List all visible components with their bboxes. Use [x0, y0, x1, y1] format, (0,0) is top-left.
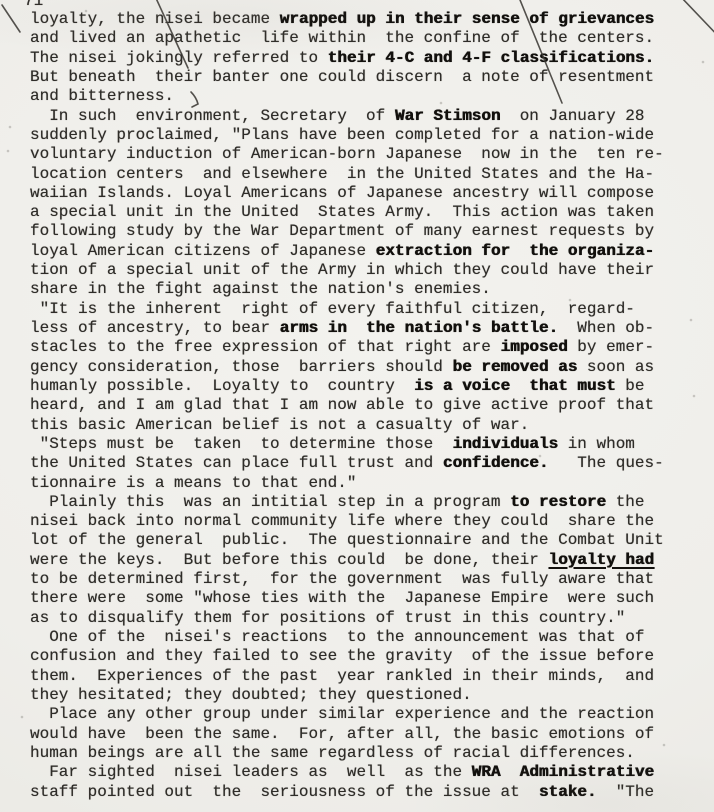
- overstruck-text: WRA Administrative: [472, 763, 654, 781]
- text-line: this basic American belief is not a casu…: [30, 416, 708, 435]
- typewritten-text: "Steps must be taken to determine those: [30, 435, 452, 453]
- typewritten-text: stacles to the free expression of that r…: [30, 338, 500, 356]
- text-line: gency consideration, those barriers shou…: [30, 358, 708, 377]
- typewritten-text: following study by the War Department of…: [30, 222, 654, 240]
- typewritten-text: humanly possible. Loyalty to country: [30, 377, 414, 395]
- typewritten-text: they hesitated; they doubted; they quest…: [30, 686, 472, 704]
- typewritten-text: less of ancestry, to bear: [30, 319, 280, 337]
- typewritten-text: the: [606, 493, 644, 511]
- text-line: nisei back into normal community life wh…: [30, 512, 708, 531]
- overstruck-text: War Stimson: [395, 107, 501, 125]
- text-line: voluntary induction of American-born Jap…: [30, 145, 708, 164]
- text-line: waiian Islands. Loyal Americans of Japan…: [30, 184, 708, 203]
- typewritten-text: would have been the same. For, after all…: [30, 725, 654, 743]
- typewritten-text: to be determined first, for the governme…: [30, 570, 654, 588]
- typewritten-text: suddenly proclaimed, "Plans have been co…: [30, 126, 654, 144]
- text-line: Far sighted nisei leaders as well as the…: [30, 763, 708, 782]
- text-line: staff pointed out the seriousness of the…: [30, 783, 708, 802]
- typewritten-text: The nisei jokingly referred to: [30, 49, 328, 67]
- text-line: heard, and I am glad that I am now able …: [30, 396, 708, 415]
- overstruck-text: imposed: [500, 338, 567, 356]
- text-line: they hesitated; they doubted; they quest…: [30, 686, 708, 705]
- text-line: a special unit in the United States Army…: [30, 203, 708, 222]
- typewritten-text: a special unit in the United States Army…: [30, 203, 654, 221]
- typewritten-text: on January 28: [500, 107, 644, 125]
- text-line: human beings are all the same regardless…: [30, 744, 708, 763]
- typewritten-text: But beneath their banter one could disce…: [30, 68, 654, 86]
- typewritten-text: The ques-: [549, 454, 664, 472]
- text-line: Plainly this was an intitial step in a p…: [30, 493, 708, 512]
- typewritten-text: nisei back into normal community life wh…: [30, 512, 654, 530]
- overstruck-text: their 4-C and 4-F classifications.: [328, 49, 654, 67]
- overstruck-text: stake.: [539, 783, 597, 801]
- typewritten-text: there were some "whose ties with the Jap…: [30, 589, 654, 607]
- typewritten-text: lot of the general public. The questionn…: [30, 531, 664, 549]
- paper-speck: [9, 126, 12, 129]
- paper-speck: [21, 716, 24, 719]
- overstruck-text: is a voice that must: [414, 377, 616, 395]
- text-line: tionnaire is a means to that end.": [30, 474, 708, 493]
- text-line: lot of the general public. The questionn…: [30, 531, 708, 550]
- overstruck-text: confidence.: [443, 454, 549, 472]
- typewritten-text: confusion and they failed to see the gra…: [30, 647, 654, 665]
- text-line: The nisei jokingly referred to their 4-C…: [30, 49, 708, 68]
- typewritten-text: and bitterness.: [30, 87, 174, 105]
- typewritten-text: human beings are all the same regardless…: [30, 744, 635, 762]
- typewritten-text: tionnaire is a means to that end.": [30, 474, 356, 492]
- typewritten-text: In such environment, Secretary of: [30, 107, 395, 125]
- overstruck-text: arms in the nation's battle.: [280, 319, 558, 337]
- text-line: loyal American citizens of Japanese extr…: [30, 242, 708, 261]
- text-line: them. Experiences of the past year rankl…: [30, 667, 708, 686]
- typewritten-text: gency consideration, those barriers shou…: [30, 358, 452, 376]
- text-line: share in the fight against the nation's …: [30, 280, 708, 299]
- typewritten-text: tion of a special unit of the Army in wh…: [30, 261, 654, 279]
- text-line: the United States can place full trust a…: [30, 454, 708, 473]
- typewritten-text: them. Experiences of the past year rankl…: [30, 667, 654, 685]
- text-line: loyalty, the nisei became wrapped up in …: [30, 10, 708, 29]
- text-line: less of ancestry, to bear arms in the na…: [30, 319, 708, 338]
- typewritten-text: by emer-: [568, 338, 654, 356]
- typewritten-text: waiian Islands. Loyal Americans of Japan…: [30, 184, 654, 202]
- typewritten-text: this basic American belief is not a casu…: [30, 416, 529, 434]
- typewritten-text: were the keys. But before this could be …: [30, 551, 548, 569]
- typewritten-text: loyal American citizens of Japanese: [30, 242, 376, 260]
- typewritten-text: soon as: [577, 358, 654, 376]
- typewritten-text: "It is the inherent right of every faith…: [30, 300, 635, 318]
- paper-speck: [7, 150, 10, 153]
- typewritten-text: voluntary induction of American-born Jap…: [30, 145, 664, 163]
- scanned-document-page: 71 loyalty, the nisei became wrapped up …: [0, 0, 714, 812]
- text-line: But beneath their banter one could disce…: [30, 68, 708, 87]
- text-line: as to disqualify them for positions of t…: [30, 609, 708, 628]
- text-line: and bitterness.: [30, 87, 708, 106]
- text-line: to be determined first, for the governme…: [30, 570, 708, 589]
- typewritten-text: location centers and elsewhere in the Un…: [30, 165, 654, 183]
- text-line: following study by the War Department of…: [30, 222, 708, 241]
- typewritten-text: Place any other group under similar expe…: [30, 705, 654, 723]
- pencil-stroke-left-margin: [2, 5, 20, 32]
- text-line: In such environment, Secretary of War St…: [30, 107, 708, 126]
- typewritten-text: staff pointed out the seriousness of the…: [30, 783, 539, 801]
- overstruck-text: to restore: [510, 493, 606, 511]
- text-line: suddenly proclaimed, "Plans have been co…: [30, 126, 708, 145]
- text-line: would have been the same. For, after all…: [30, 725, 708, 744]
- overstruck-text: extraction for the organiza-: [376, 242, 654, 260]
- typewritten-text: Plainly this was an intitial step in a p…: [30, 493, 510, 511]
- typewritten-text: heard, and I am glad that I am now able …: [30, 396, 654, 414]
- typewritten-text: When ob-: [558, 319, 654, 337]
- text-line: confusion and they failed to see the gra…: [30, 647, 708, 666]
- typewritten-text: the United States can place full trust a…: [30, 454, 443, 472]
- typewritten-text: be: [616, 377, 645, 395]
- typewritten-text: "The: [597, 783, 655, 801]
- text-line: Place any other group under similar expe…: [30, 705, 708, 724]
- text-line: One of the nisei's reactions to the anno…: [30, 628, 708, 647]
- text-line: there were some "whose ties with the Jap…: [30, 589, 708, 608]
- text-line: and lived an apathetic life within the c…: [30, 29, 708, 48]
- typewritten-text: loyalty, the nisei became: [30, 10, 280, 28]
- typewritten-text: share in the fight against the nation's …: [30, 280, 491, 298]
- text-line: stacles to the free expression of that r…: [30, 338, 708, 357]
- typewritten-text: Far sighted nisei leaders as well as the: [30, 763, 472, 781]
- text-line: humanly possible. Loyalty to country is …: [30, 377, 708, 396]
- text-line: were the keys. But before this could be …: [30, 551, 708, 570]
- text-line: tion of a special unit of the Army in wh…: [30, 261, 708, 280]
- typewritten-text: as to disqualify them for positions of t…: [30, 609, 625, 627]
- text-line: "It is the inherent right of every faith…: [30, 300, 708, 319]
- overstruck-text: loyalty had: [548, 551, 654, 569]
- overstruck-text: be removed as: [452, 358, 577, 376]
- typewritten-text: and lived an apathetic life within the c…: [30, 29, 654, 47]
- text-line: location centers and elsewhere in the Un…: [30, 165, 708, 184]
- typewritten-text: in whom: [558, 435, 635, 453]
- overstruck-text: wrapped up in their sense of grievances: [280, 10, 654, 28]
- text-line: "Steps must be taken to determine those …: [30, 435, 708, 454]
- typewritten-text: One of the nisei's reactions to the anno…: [30, 628, 645, 646]
- overstruck-text: individuals: [452, 435, 558, 453]
- document-text: loyalty, the nisei became wrapped up in …: [30, 10, 708, 802]
